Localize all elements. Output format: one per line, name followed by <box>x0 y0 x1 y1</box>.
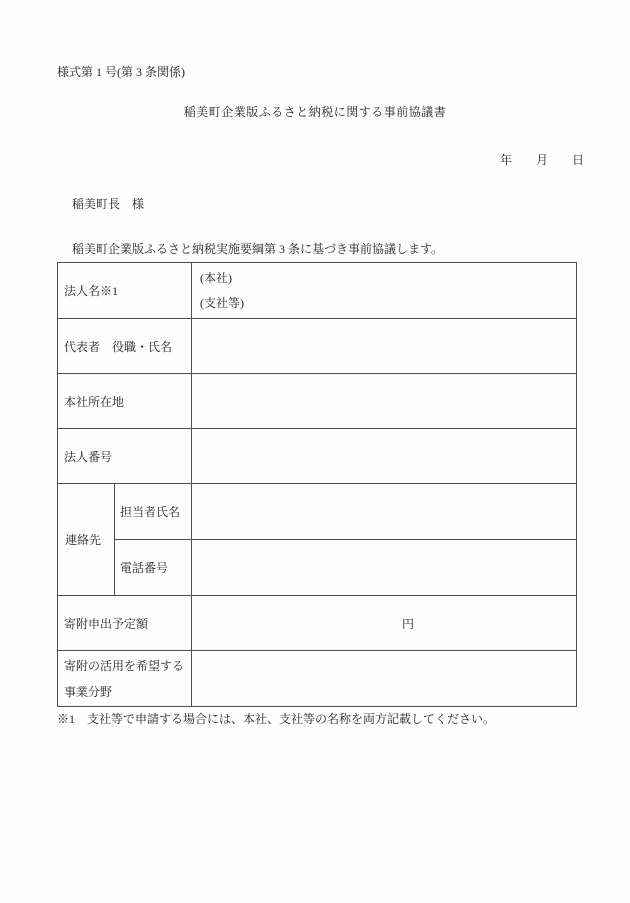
corporate-name-label: 法人名※1 <box>58 263 192 319</box>
desired-field-label-line2: 事業分野 <box>64 679 191 705</box>
footnote: ※1 支社等で申請する場合には、本社、支社等の名称を両方記載してください。 <box>57 711 495 727</box>
representative-label: 代表者 役職・氏名 <box>58 319 192 374</box>
date-line: 年 月 日 <box>500 152 584 168</box>
contact-label: 連絡先 <box>58 484 115 596</box>
document-title: 稲美町企業版ふるさと納税に関する事前協議書 <box>0 104 630 120</box>
contact-person-value-cell <box>192 484 577 540</box>
contact-person-label: 担当者氏名 <box>115 484 192 540</box>
donation-amount-unit: 円 <box>192 596 577 651</box>
corporate-number-label: 法人番号 <box>58 429 192 484</box>
corporate-name-value-cell: (本社) (支社等) <box>192 263 577 319</box>
head-office-address-label: 本社所在地 <box>58 374 192 429</box>
desired-field-label-line1: 寄附の活用を希望する <box>64 653 191 679</box>
row-head-office-address: 本社所在地 <box>58 374 577 429</box>
row-desired-field: 寄附の活用を希望する 事業分野 <box>58 651 577 707</box>
corporate-name-head-office-line: (本社) <box>200 266 576 291</box>
document-page: 様式第 1 号(第 3 条関係) 稲美町企業版ふるさと納税に関する事前協議書 年… <box>0 0 630 903</box>
intro-sentence: 稲美町企業版ふるさと納税実施要綱第 3 条に基づき事前協議します。 <box>72 241 443 257</box>
row-corporate-number: 法人番号 <box>58 429 577 484</box>
representative-value-cell <box>192 319 577 374</box>
donation-amount-label: 寄附申出予定額 <box>58 596 192 651</box>
corporate-name-branch-line: (支社等) <box>200 291 576 316</box>
desired-field-label: 寄附の活用を希望する 事業分野 <box>58 651 192 707</box>
contact-phone-value-cell <box>192 540 577 596</box>
corporate-number-value-cell <box>192 429 577 484</box>
head-office-address-value-cell <box>192 374 577 429</box>
row-representative: 代表者 役職・氏名 <box>58 319 577 374</box>
desired-field-value-cell <box>192 651 577 707</box>
form-number: 様式第 1 号(第 3 条関係) <box>57 64 185 80</box>
row-contact-phone: 電話番号 <box>58 540 577 596</box>
pre-consultation-table: 法人名※1 (本社) (支社等) 代表者 役職・氏名 本社所在地 法人番号 連絡… <box>57 262 577 707</box>
row-contact-person: 連絡先 担当者氏名 <box>58 484 577 540</box>
row-corporate-name: 法人名※1 (本社) (支社等) <box>58 263 577 319</box>
row-donation-amount: 寄附申出予定額 円 <box>58 596 577 651</box>
contact-phone-label: 電話番号 <box>115 540 192 596</box>
addressee-line: 稲美町長 様 <box>72 196 144 212</box>
